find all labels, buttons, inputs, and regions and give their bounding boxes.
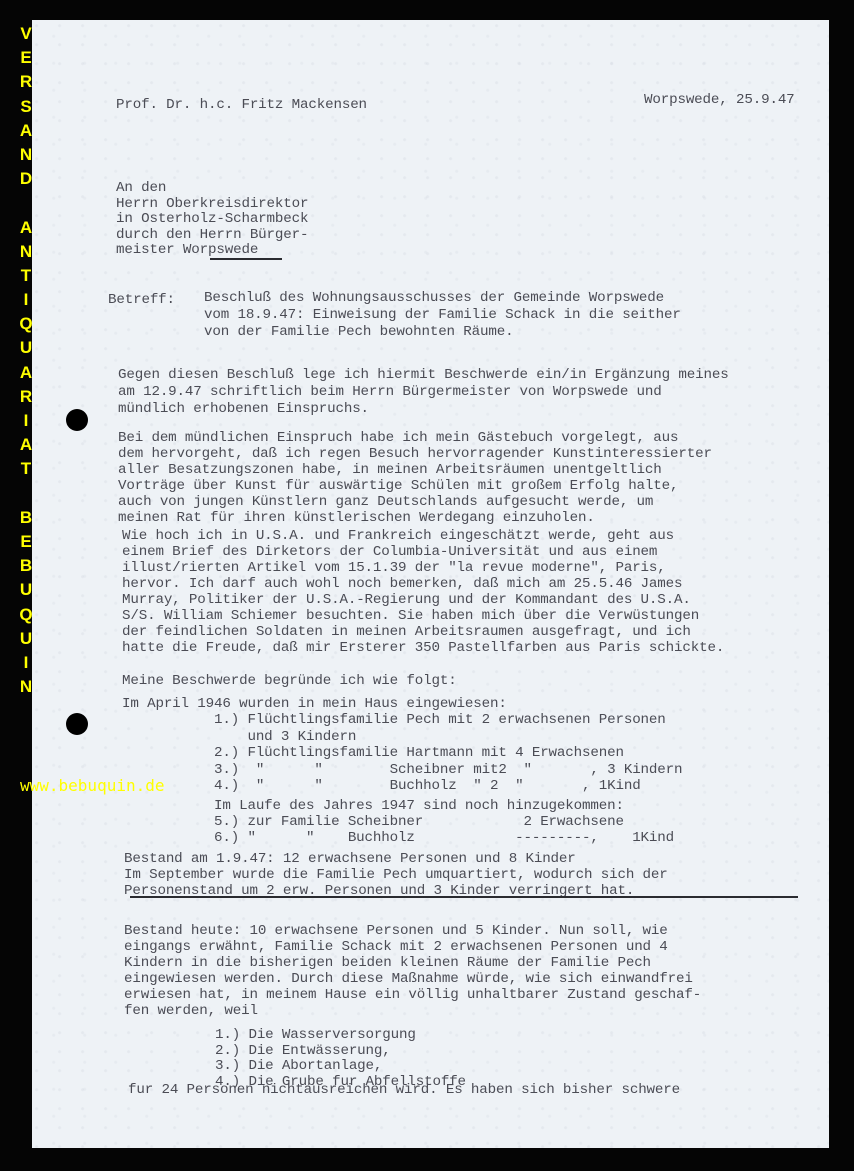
text-line: hervor. Ich darf auch wohl noch bemerken… (122, 576, 682, 592)
text-line: dem hervorgeht, daß ich regen Besuch her… (118, 446, 712, 462)
reason-intro: Meine Beschwerde begründe ich wie folgt: (122, 673, 457, 689)
text-line: hatte die Freude, daß mir Ersterer 350 P… (122, 640, 724, 656)
text-line: 1.) Flüchtlingsfamilie Pech mit 2 erwach… (214, 712, 666, 728)
text-line: mündlich erhobenen Einspruchs. (118, 401, 369, 417)
watermark-url: www.bebuquin.de (20, 776, 165, 795)
place-date: Worpswede, 25.9.47 (644, 92, 795, 108)
text-line: eingangs erwähnt, Familie Schack mit 2 e… (124, 939, 668, 955)
text-line: und 3 Kindern (214, 729, 356, 745)
text-line: Wie hoch ich in U.S.A. und Frankreich ei… (122, 528, 674, 544)
text-line: 2.) Flüchtlingsfamilie Hartmann mit 4 Er… (214, 745, 624, 761)
text-line: Bei dem mündlichen Einspruch habe ich me… (118, 430, 678, 446)
text-line: 2.) Die Entwässerung, (215, 1043, 391, 1059)
closing-line: fur 24 Personen nichtausreichen wird. Es… (128, 1082, 680, 1098)
text-line: vom 18.9.47: Einweisung der Familie Scha… (204, 307, 681, 323)
april-intro: Im April 1946 wurden in mein Haus eingew… (122, 696, 507, 712)
text-line: meister Worpswede (116, 242, 258, 258)
text-line: am 12.9.47 schriftlich beim Herrn Bürger… (118, 384, 662, 400)
text-line: durch den Herrn Bürger- (116, 227, 308, 243)
punch-hole-bottom (66, 713, 88, 735)
year-intro: Im Laufe des Jahres 1947 sind noch hinzu… (214, 798, 624, 814)
subject-label: Betreff: (108, 292, 175, 308)
text-line: An den (116, 180, 166, 196)
status-underline (130, 896, 798, 898)
text-line: meinen Rat für ihren künstlerischen Werd… (118, 510, 595, 526)
text-line: Bestand heute: 10 erwachsene Personen un… (124, 923, 668, 939)
text-line: S/S. William Schiemer besuchten. Sie hab… (122, 608, 699, 624)
recipient-underline (210, 258, 282, 260)
text-line: 1.) Die Wasserversorgung (215, 1027, 416, 1043)
text-line: 5.) zur Familie Scheibner 2 Erwachsene (214, 814, 624, 830)
text-line: Vorträge über Kunst für auswärtige Schül… (118, 478, 678, 494)
text-line: fen werden, weil (124, 1003, 258, 1019)
text-line: einem Brief des Dirketors der Columbia-U… (122, 544, 657, 560)
text-line: Beschluß des Wohnungsausschusses der Gem… (204, 290, 664, 306)
watermark-vertical-text: VERSAND ANTIQUARIAT BEBUQUIN (18, 22, 34, 699)
sender-name: Prof. Dr. h.c. Fritz Mackensen (116, 97, 367, 113)
text-line: Herrn Oberkreisdirektor (116, 196, 308, 212)
text-line: 3.) " " Scheibner mit2 " , 3 Kindern (214, 762, 682, 778)
text-line: Bestand am 1.9.47: 12 erwachsene Persone… (124, 851, 576, 867)
text-line: der feindlichen Soldaten in meinen Arbei… (122, 624, 691, 640)
text-line: aller Besatzungszonen habe, in meinen Ar… (118, 462, 662, 478)
text-line: Im September wurde die Familie Pech umqu… (124, 867, 668, 883)
text-line: eingewiesen werden. Durch diese Maßnahme… (124, 971, 693, 987)
text-line: illust/rierten Artikel vom 15.1.39 der "… (122, 560, 666, 576)
text-line: von der Familie Pech bewohnten Räume. (204, 324, 513, 340)
text-line: 3.) Die Abortanlage, (215, 1058, 382, 1074)
text-line: erwiesen hat, in meinem Hause ein völlig… (124, 987, 701, 1003)
text-line: 4.) " " Buchholz " 2 " , 1Kind (214, 778, 641, 794)
punch-hole-top (66, 409, 88, 431)
text-line: in Osterholz-Scharmbeck (116, 211, 308, 227)
text-line: Murray, Politiker der U.S.A.-Regierung u… (122, 592, 691, 608)
text-line: Kindern in die bisherigen beiden kleinen… (124, 955, 651, 971)
text-line: auch von jungen Künstlern ganz Deutschla… (118, 494, 653, 510)
text-line: Gegen diesen Beschluß lege ich hiermit B… (118, 367, 729, 383)
text-line: 6.) " " Buchholz ---------, 1Kind (214, 830, 674, 846)
